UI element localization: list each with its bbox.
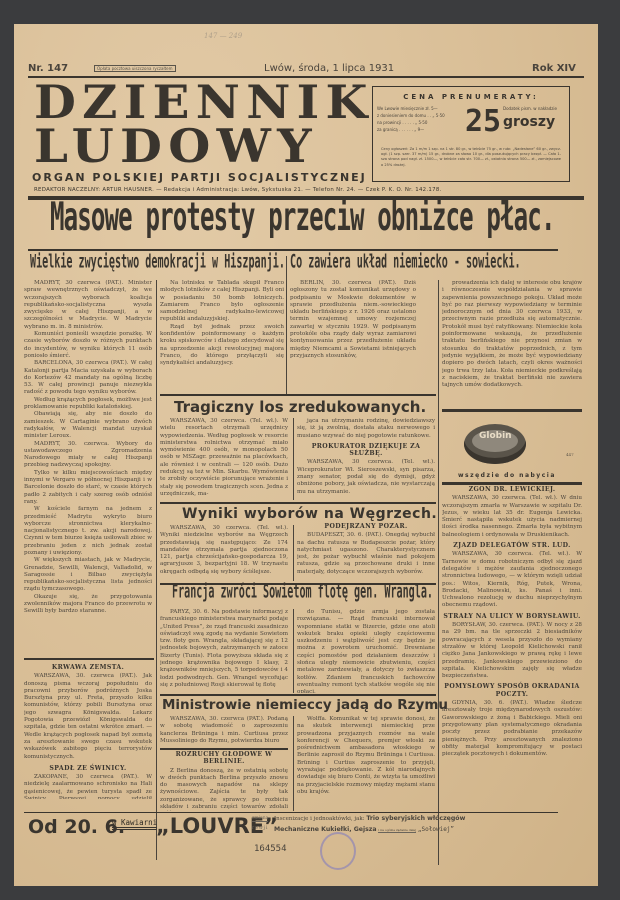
article-wrangel-col1: PARYŻ, 30. 6. Na podstawie informacyj z … <box>160 609 288 693</box>
masthead-title-line1: DZIENNIK <box>34 80 374 124</box>
ad-change-label: zmiana <box>252 816 268 822</box>
article-title-wegrzech: Wyniki wyborów na Węgrzech. <box>182 506 437 522</box>
editorial-line: REDAKTOR NACZELNY: ARTUR HAUSNER. — Reda… <box>34 187 442 193</box>
article-title-germany-soviet: Co zawiera układ niemiecko - sowiecki. <box>290 251 521 273</box>
price-line: na prowincji . . . . . „ 5·50 <box>377 119 459 126</box>
newspaper-page: 147 — 249 Nr. 147 Opłata pocztowa uiszcz… <box>14 24 598 886</box>
masthead-title-line2: LUDOWY <box>34 124 318 168</box>
price-value: 25 <box>465 107 501 137</box>
ad-line1: Inscenizacje i jednoaktówki, jak: Trio s… <box>274 815 465 822</box>
article-wegrzech-col2: PODEJRZANY POŻAR. BUDAPESZT, 30. 6. (PAT… <box>297 523 435 581</box>
article-title-swinica: SPADŁ ZE ŚWINICY. <box>24 765 152 772</box>
price-note: Dodatek pism. w nakładzie <box>503 105 557 112</box>
article-germany-soviet-col1: BERLIN, 30. czerwca (PAT.). Dziś ogłoszo… <box>290 280 416 392</box>
article-title-wrangel: Francja zwróci Sowietom flotę gen. Wrang… <box>172 581 433 603</box>
article-title-zjazd: ZJAZD DELEGATÓW STR. LUD. <box>442 542 582 549</box>
issue-number: Nr. 147 <box>28 63 68 74</box>
right-column-news: ZGON DR. LEWICKIEJ. WARSZAWA, 30 czerwca… <box>442 486 582 811</box>
article-spain-col1: MADRYT, 30 czerwca (PAT.). Minister spra… <box>24 280 152 655</box>
article-tragiczny-col1: WARSZAWA, 30 czerwca. (Tel. wł.). W wiel… <box>160 418 288 500</box>
price-line: z doniesieniem do domu . . „ 5·50 <box>377 112 459 119</box>
article-title-poczta: POMYSŁOWY SPOSÓB OKRADANIA POCZTY. <box>442 683 582 698</box>
postage-note: Opłata pocztowa uiszczona ryczałtem <box>94 65 176 72</box>
article-title-boryslaw: STRAŁY NA ULICY W BORYSŁAWIU. <box>442 613 582 620</box>
masthead-subtitle: ORGAN POLSKIEJ PARTJI SOCJALISTYCZNEJ <box>32 171 367 184</box>
article-spain-col2: Na lotnisku w Tablada skupił Franco młod… <box>160 280 284 392</box>
subscription-price-box: CENA PRENUMERATY: We Lwowie miesięcznie … <box>372 86 570 182</box>
ad-date: Od 20. 6. <box>28 816 125 838</box>
article-germany-soviet-col2: prowadzenia ich dalej w interesie obu kr… <box>442 280 582 408</box>
article-title-rzym: Ministrowie niemieccy jadą do Rzymu <box>162 697 448 713</box>
main-headline: Masowe protesty przeciw obniżce płac. <box>50 193 555 239</box>
ad-change-label-2: rewji <box>252 826 269 831</box>
article-title-tragiczny: Tragiczny los zredukowanych. <box>174 398 426 416</box>
article-title-krwawa: KRWAWA ZEMSTA. <box>24 664 152 671</box>
price-heading: CENA PRENUMERATY: <box>373 93 569 101</box>
price-line: We Lwowie miesięcznie zł. 5— <box>377 105 459 112</box>
article-tragiczny-col2: jąca na utrzymaniu rodzinę, dowiedziawsz… <box>297 418 435 500</box>
ad-ref: 447 <box>566 452 574 457</box>
article-title-berlin-riots: ROZRUCHY GŁODOWE W BERLINIE. <box>160 751 288 766</box>
article-title-lewicka: ZGON DR. LEWICKIEJ. <box>442 486 582 493</box>
article-wegrzech-col1: WARSZAWA, 30 czerwca. (Tel. wł.). Wyniki… <box>160 525 288 581</box>
price-unit: groszy <box>503 114 555 130</box>
article-krwawa: KRWAWA ZEMSTA. WARSZAWA, 30. czerwca (PA… <box>24 661 152 799</box>
article-rzym-col1: WARSZAWA, 30. czerwca (PAT.). Podaną w s… <box>160 716 288 746</box>
place-date: Lwów, środa, 1 lipca 1931 <box>264 63 394 74</box>
article-title-spain: Wielkie zwycięstwo demokracji w Hiszpanj… <box>30 251 285 273</box>
library-stamp <box>320 832 356 870</box>
article-wrangel-col2: do Tunisu, gdzie armja jego została rozw… <box>297 609 435 693</box>
inventory-number: 164554 <box>254 844 287 854</box>
ad-venue-prefix: w Kawiarni <box>112 818 157 830</box>
ad-line2: Mechaniczne Kukiełki, Gejsza i na ogólne… <box>274 826 454 833</box>
article-title-prokurator: PROKURATOR DZIĘKUJE ZA SŁUŻBĘ. <box>297 443 435 458</box>
ad-rates: Ceny ogłoszeń: Za 1 m/m 1 szp. na 1 str.… <box>381 147 561 168</box>
globin-tin-image: Globin <box>464 424 526 464</box>
price-line: za granicą . . . . . . „ 9— <box>377 126 459 133</box>
article-berlin-riots: ROZRUCHY GŁODOWE W BERLINIE. Z Berlina d… <box>160 751 288 811</box>
article-subtitle-pozar: PODEJRZANY POŻAR. <box>297 523 435 530</box>
handwritten-note: 147 — 249 <box>204 32 242 40</box>
globin-caption: wszędzie do nabycia <box>458 472 556 479</box>
volume: Rok XIV <box>532 63 576 74</box>
article-rzym-col2: Wolffa. Komunikat w tej sprawie donosi, … <box>297 716 435 811</box>
globin-brand: Globin <box>479 431 512 441</box>
